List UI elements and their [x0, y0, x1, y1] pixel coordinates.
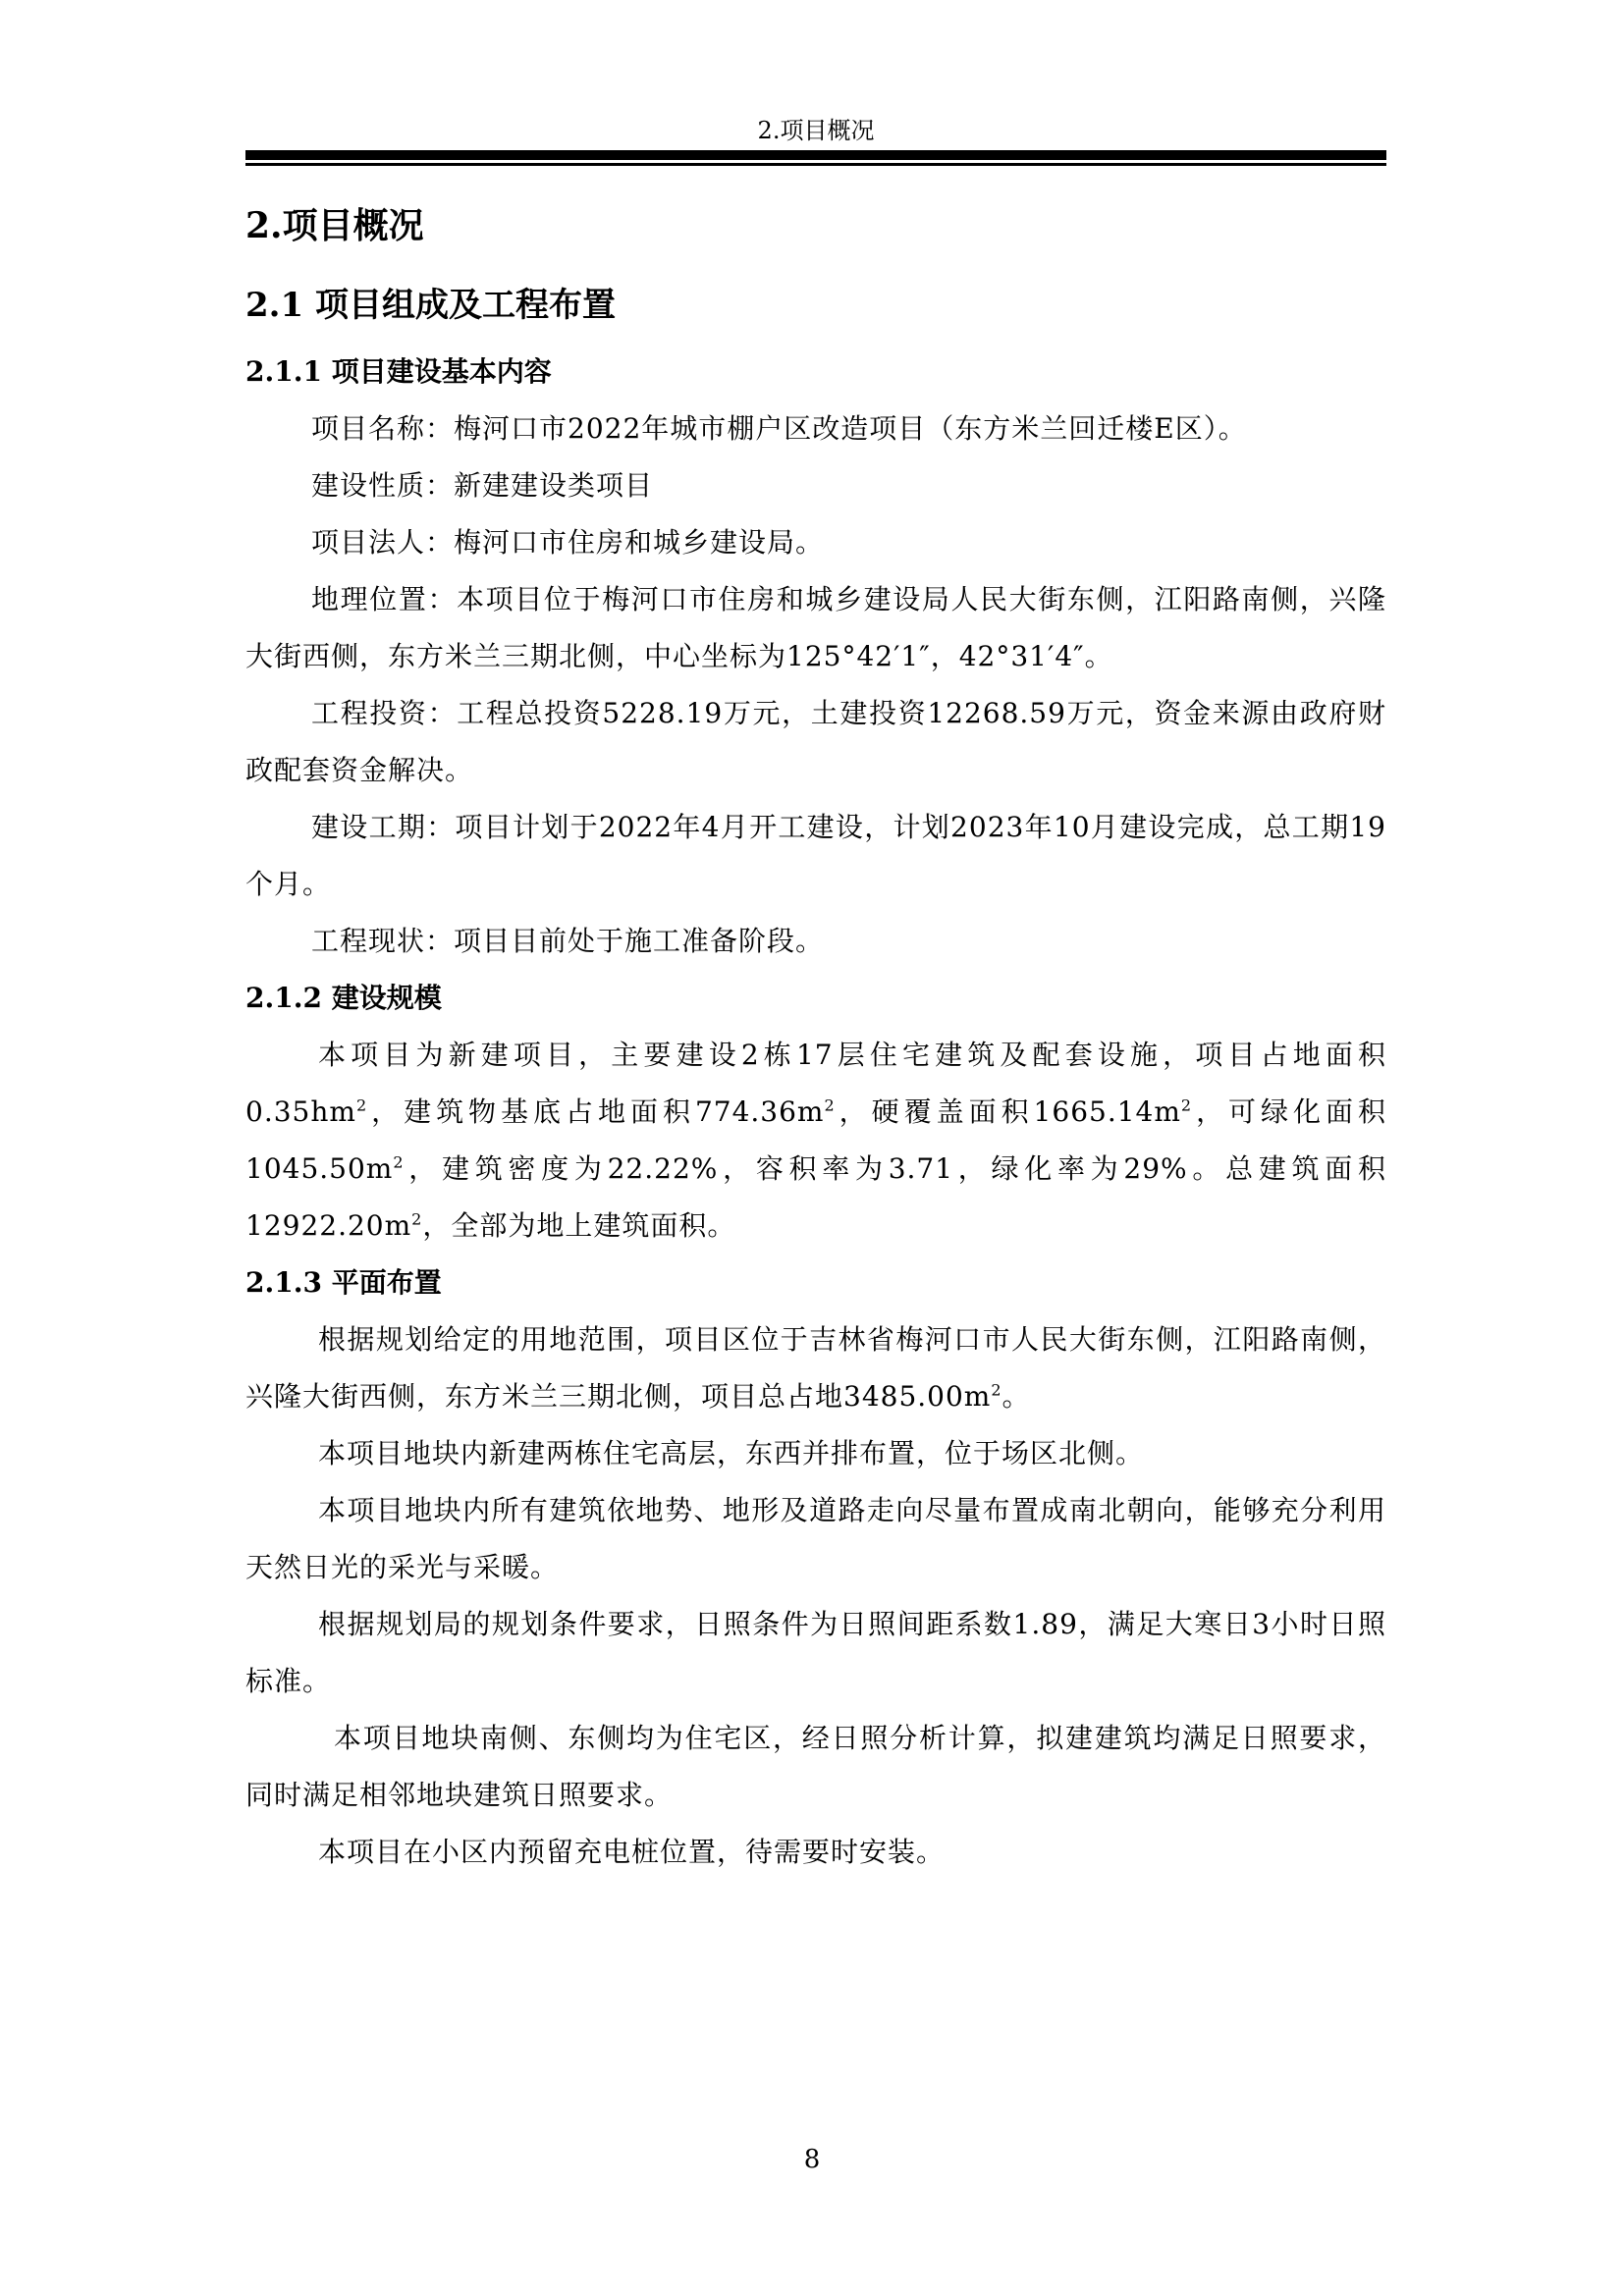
scale-paragraph: 本项目为新建项目，主要建设2栋17层住宅建筑及配套设施，项目占地面积0.35hm…	[245, 1027, 1386, 1255]
layout-paragraph-6: 本项目在小区内预留充电桩位置，待需要时安装。	[245, 1824, 1386, 1881]
scale-text-6: ，全部为地上建筑面积。	[422, 1209, 735, 1242]
layout-text-1: 根据规划给定的用地范围，项目区位于吉林省梅河口市人民大街东侧，江阳路南侧，兴隆大…	[245, 1323, 1386, 1413]
superscript: 2	[991, 1381, 1001, 1400]
investment-paragraph: 工程投资：工程总投资5228.19万元，土建投资12268.59万元，资金来源由…	[245, 685, 1386, 799]
superscript: 2	[411, 1210, 422, 1229]
section-heading-2-1: 2.1 项目组成及工程布置	[245, 273, 1386, 344]
layout-text-2: 。	[1002, 1380, 1031, 1413]
construction-nature-paragraph: 建设性质：新建建设类项目	[245, 457, 1386, 514]
subsection-heading-2-1-2: 2.1.2 建设规模	[245, 970, 1386, 1027]
schedule-paragraph: 建设工期：项目计划于2022年4月开工建设，计划2023年10月建设完成，总工期…	[245, 799, 1386, 913]
header-rule-thick	[245, 150, 1386, 160]
location-paragraph: 地理位置：本项目位于梅河口市住房和城乡建设局人民大街东侧，江阳路南侧，兴隆大街西…	[245, 571, 1386, 685]
subsection-heading-2-1-1: 2.1.1 项目建设基本内容	[245, 344, 1386, 400]
layout-paragraph-5: 本项目地块南侧、东侧均为住宅区，经日照分析计算，拟建建筑均满足日照要求，同时满足…	[245, 1710, 1386, 1824]
superscript: 2	[824, 1096, 835, 1115]
superscript: 2	[356, 1096, 367, 1115]
page-content: 2.项目概况 2.1 项目组成及工程布置 2.1.1 项目建设基本内容 项目名称…	[245, 196, 1386, 1881]
legal-person-paragraph: 项目法人：梅河口市住房和城乡建设局。	[245, 514, 1386, 571]
running-header: 2.项目概况	[245, 116, 1386, 145]
layout-paragraph-2: 本项目地块内新建两栋住宅高层，东西并排布置，位于场区北侧。	[245, 1425, 1386, 1482]
superscript: 2	[393, 1153, 404, 1172]
page-number: 8	[0, 2145, 1624, 2174]
project-name-paragraph: 项目名称：梅河口市2022年城市棚户区改造项目（东方米兰回迁楼E区）。	[245, 400, 1386, 457]
scale-text-3: ，硬覆盖面积1665.14m	[836, 1095, 1181, 1128]
subsection-heading-2-1-3: 2.1.3 平面布置	[245, 1255, 1386, 1311]
layout-paragraph-4: 根据规划局的规划条件要求，日照条件为日照间距系数1.89，满足大寒日3小时日照标…	[245, 1596, 1386, 1710]
chapter-heading: 2.项目概况	[245, 196, 1386, 273]
layout-paragraph-1: 根据规划给定的用地范围，项目区位于吉林省梅河口市人民大街东侧，江阳路南侧，兴隆大…	[245, 1311, 1386, 1425]
superscript: 2	[1181, 1096, 1192, 1115]
scale-text-2: ，建筑物基底占地面积774.36m	[367, 1095, 824, 1128]
layout-paragraph-3: 本项目地块内所有建筑依地势、地形及道路走向尽量布置成南北朝向，能够充分利用天然日…	[245, 1482, 1386, 1596]
status-paragraph: 工程现状：项目目前处于施工准备阶段。	[245, 913, 1386, 970]
header-rule-thin	[245, 163, 1386, 166]
